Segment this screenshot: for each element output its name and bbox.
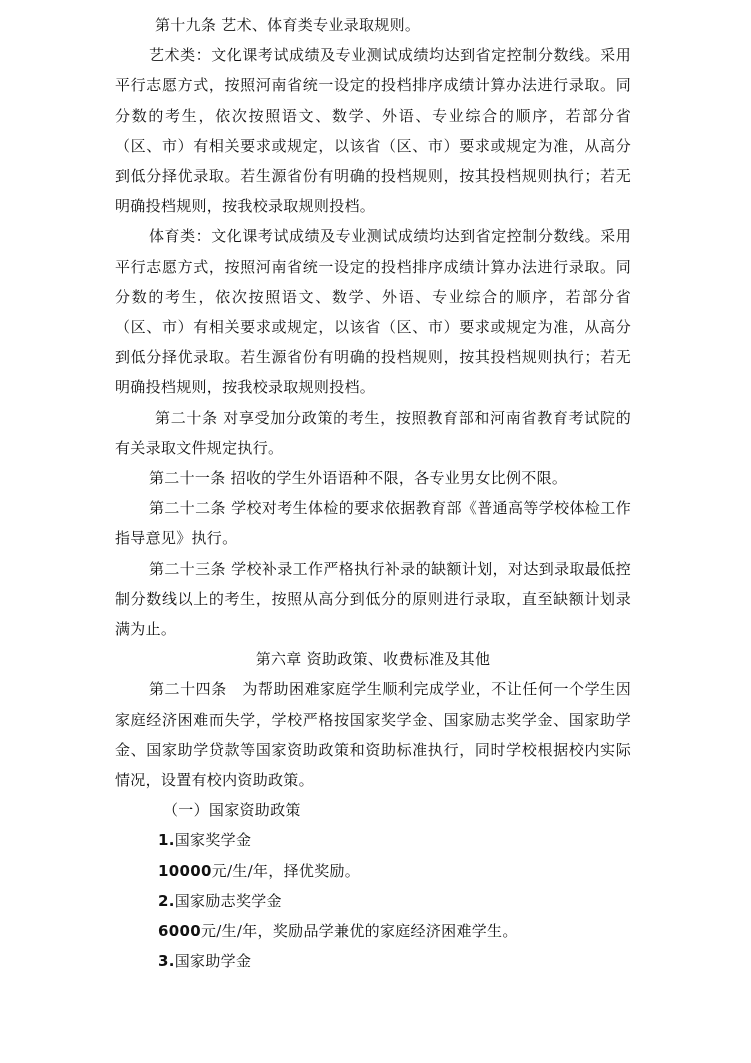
chapter-6-title: 第六章 资助政策、收费标准及其他 <box>115 644 631 674</box>
article-21: 第二十一条 招收的学生外语语种不限，各专业男女比例不限。 <box>115 463 631 493</box>
article-22: 第二十二条 学校对考生体检的要求依据教育部《普通高等学校体检工作指导意见》执行。 <box>115 493 631 553</box>
article-19-title: 第十九条 艺术、体育类专业录取规则。 <box>115 10 631 40</box>
article-24: 第二十四条 为帮助困难家庭学生顺利完成学业，不让任何一个学生因家庭经济困难而失学… <box>115 674 631 795</box>
item-3-title: 3.国家助学金 <box>115 946 631 976</box>
section-1-title: （一）国家资助政策 <box>115 795 631 825</box>
sport-admission-rule: 体育类：文化课考试成绩及专业测试成绩均达到省定控制分数线。采用平行志愿方式，按照… <box>115 221 631 402</box>
item-1-desc: 10000元/生/年，择优奖励。 <box>115 856 631 886</box>
item-2-title: 2.国家励志奖学金 <box>115 886 631 916</box>
article-20: 第二十条 对享受加分政策的考生，按照教育部和河南省教育考试院的有关录取文件规定执… <box>115 403 631 463</box>
item-2-desc: 6000元/生/年，奖励品学兼优的家庭经济困难学生。 <box>115 916 631 946</box>
document-page: 第十九条 艺术、体育类专业录取规则。 艺术类：文化课考试成绩及专业测试成绩均达到… <box>115 10 631 977</box>
item-1-title: 1.国家奖学金 <box>115 825 631 855</box>
art-admission-rule: 艺术类：文化课考试成绩及专业测试成绩均达到省定控制分数线。采用平行志愿方式，按照… <box>115 40 631 221</box>
article-23: 第二十三条 学校补录工作严格执行补录的缺额计划，对达到录取最低控制分数线以上的考… <box>115 554 631 645</box>
